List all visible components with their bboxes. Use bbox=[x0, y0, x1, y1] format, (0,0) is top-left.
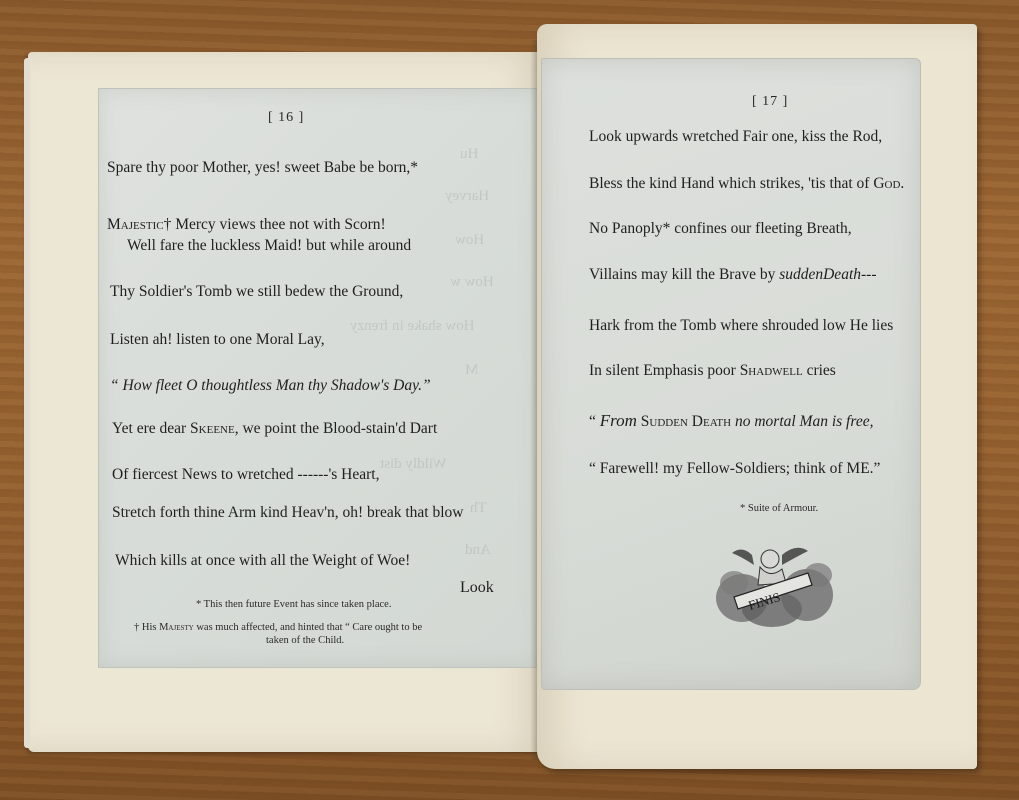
show-through-text: Hu bbox=[460, 146, 478, 163]
show-through-text: How bbox=[455, 232, 484, 249]
verse-line: Yet ere dear Skeene, we point the Blood-… bbox=[112, 420, 437, 438]
verse-line: Listen ah! listen to one Moral Lay, bbox=[110, 331, 325, 349]
god-smallcaps: God. bbox=[873, 175, 904, 192]
footnote-dagger: † His Majesty was much affected, and hin… bbox=[134, 622, 422, 633]
show-through-text: Th bbox=[470, 500, 487, 517]
verse-line: Of fiercest News to wretched ------'s He… bbox=[112, 466, 379, 484]
footnote-dagger-cont: taken of the Child. bbox=[266, 635, 344, 646]
cherub-clouds-icon: FINIS bbox=[712, 543, 836, 629]
page-number-17: [ 17 ] bbox=[752, 94, 788, 110]
verse-line: Spare thy poor Mother, yes! sweet Babe b… bbox=[107, 159, 418, 177]
skeene-smallcaps: Skeene bbox=[190, 420, 235, 437]
verse-line: No Panoply* confines our fleeting Breath… bbox=[589, 220, 852, 238]
verse-line: Majestic† Mercy views thee not with Scor… bbox=[107, 216, 386, 234]
show-through-text: Wildly dist bbox=[380, 456, 446, 473]
show-through-text: And bbox=[465, 542, 491, 559]
verse-line: Villains may kill the Brave by suddenDea… bbox=[589, 266, 876, 284]
verse-line: Hark from the Tomb where shrouded low He… bbox=[589, 317, 893, 335]
verse-line: Which kills at once with all the Weight … bbox=[115, 552, 410, 570]
verse-line: “ Farewell! my Fellow-Soldiers; think of… bbox=[589, 460, 880, 478]
verse-line: Stretch forth thine Arm kind Heav'n, oh!… bbox=[112, 504, 463, 522]
footnote-asterisk: * Suite of Armour. bbox=[740, 503, 818, 514]
verse-line: “ From Sudden Death no mortal Man is fre… bbox=[589, 411, 873, 431]
footnote-asterisk: * This then future Event has since taken… bbox=[196, 599, 391, 610]
verse-line: In silent Emphasis poor Shadwell cries bbox=[589, 362, 836, 380]
page-number-16: [ 16 ] bbox=[268, 110, 304, 126]
show-through-text: M bbox=[465, 362, 478, 379]
majestic-smallcaps: Majestic† bbox=[107, 216, 171, 233]
verse-line-italic: “ How fleet O thoughtless Man thy Shadow… bbox=[110, 377, 431, 395]
show-through-text: Harvey bbox=[445, 188, 489, 205]
shadwell-smallcaps: Shadwell bbox=[740, 362, 803, 379]
verse-line: Bless the kind Hand which strikes, 'tis … bbox=[589, 175, 904, 193]
finis-ornament: FINIS bbox=[712, 543, 836, 629]
verse-line: Thy Soldier's Tomb we still bedew the Gr… bbox=[110, 283, 403, 301]
show-through-text: How shake in frenzy bbox=[350, 318, 475, 335]
catchword: Look bbox=[460, 579, 494, 597]
verse-line: Look upwards wretched Fair one, kiss the… bbox=[589, 128, 882, 146]
show-through-text: How w bbox=[450, 274, 494, 291]
verse-line: Well fare the luckless Maid! but while a… bbox=[127, 237, 411, 255]
